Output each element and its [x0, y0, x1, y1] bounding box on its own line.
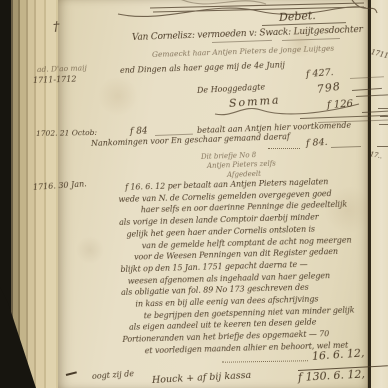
neighbor-dash-4	[377, 146, 388, 147]
entry1-margin-date-line2: 1711-1712	[33, 74, 77, 85]
entry2-margin-date: 1702. 21 Octob:	[36, 128, 97, 138]
entry2-amount: f 84.	[306, 137, 328, 149]
entry2-leader-dots	[268, 147, 300, 149]
neighbor-dash-2	[380, 116, 388, 117]
neighbor-dash-1	[378, 108, 388, 109]
neighbor-dash-3	[379, 124, 388, 125]
ledger-paragraph: f 16. 6. 12 per betaalt aan Antjen Piete…	[118, 175, 368, 357]
debet-label: Debet.	[279, 9, 316, 24]
entry1-row1-amount: f 427.	[306, 67, 334, 80]
entry2-inline-amount: f 84	[130, 126, 148, 137]
cross-mark: †	[52, 20, 60, 35]
entry1-somma-amount: f 126	[327, 99, 354, 111]
entry1-margin-date-line1: ad. D'ao maij	[37, 63, 87, 74]
ledger-photo: Debet. † Van Cornelisz: vermoeden v: Swa…	[0, 0, 388, 388]
